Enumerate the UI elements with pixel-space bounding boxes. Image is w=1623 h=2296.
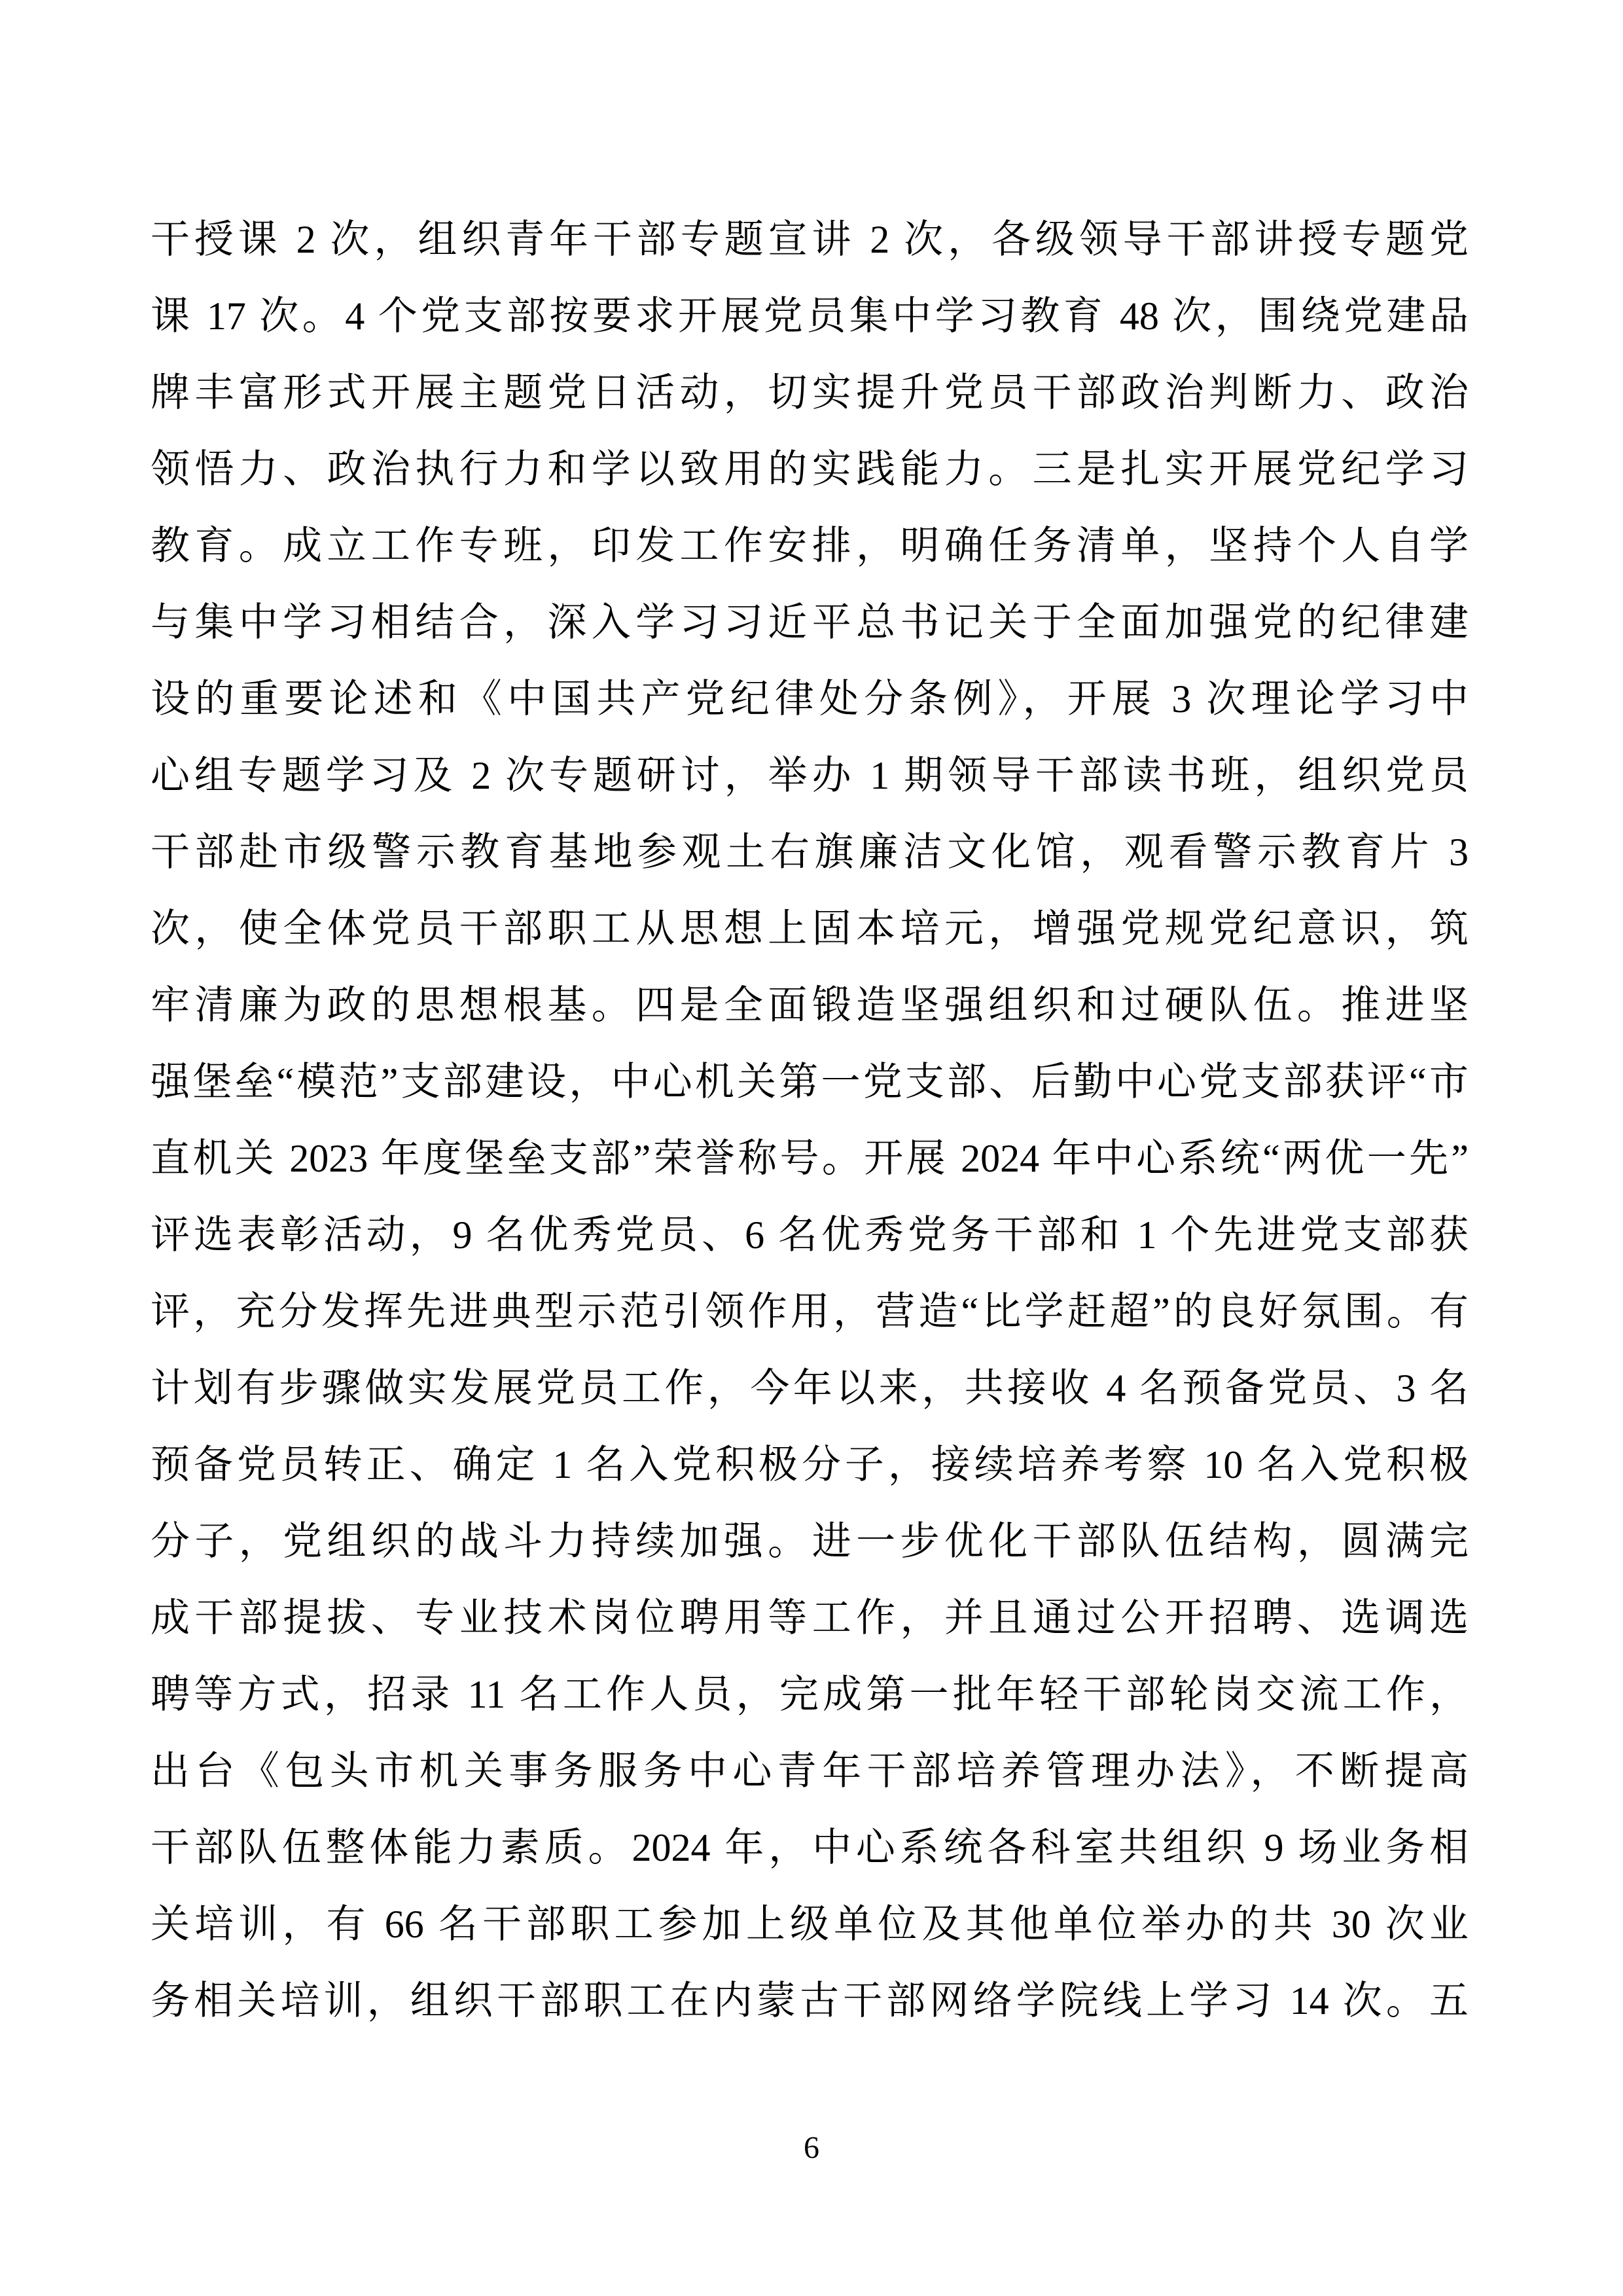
body-line: 干部赴市级警示教育基地参观土右旗廉洁文化馆，观看警示教育片 3 [151,814,1469,891]
document-page: 干授课 2 次，组织青年干部专题宣讲 2 次，各级领导干部讲授专题党 课 17 … [0,0,1623,2296]
body-line: 直机关 2023 年度堡垒支部”荣誉称号。开展 2024 年中心系统“两优一先” [151,1121,1469,1197]
body-text-block: 干授课 2 次，组织青年干部专题宣讲 2 次，各级领导干部讲授专题党 课 17 … [151,202,1469,2039]
body-line: 关培训，有 66 名干部职工参加上级单位及其他单位举办的共 30 次业 [151,1886,1469,1963]
body-line: 次，使全体党员干部职工从思想上固本培元，增强党规党纪意识，筑 [151,891,1469,967]
body-line: 设的重要论述和《中国共产党纪律处分条例》，开展 3 次理论学习中 [151,661,1469,738]
body-line: 牌丰富形式开展主题党日活动，切实提升党员干部政治判断力、政治 [151,355,1469,431]
body-line: 务相关培训，组织干部职工在内蒙古干部网络学院线上学习 14 次。五 [151,1963,1469,2039]
body-line: 聘等方式，招录 11 名工作人员，完成第一批年轻干部轮岗交流工作， [151,1657,1469,1733]
body-line: 成干部提拔、专业技术岗位聘用等工作，并且通过公开招聘、选调选 [151,1580,1469,1657]
body-line: 教育。成立工作专班，印发工作安排，明确任务清单，坚持个人自学 [151,508,1469,584]
body-line: 干部队伍整体能力素质。2024 年，中心系统各科室共组织 9 场业务相 [151,1810,1469,1886]
body-line: 分子，党组织的战斗力持续加强。进一步优化干部队伍结构，圆满完 [151,1503,1469,1580]
body-line: 强堡垒“模范”支部建设，中心机关第一党支部、后勤中心党支部获评“市 [151,1044,1469,1121]
page-number: 6 [804,2130,819,2165]
body-line: 领悟力、政治执行力和学以致用的实践能力。三是扎实开展党纪学习 [151,431,1469,508]
body-line: 牢清廉为政的思想根基。四是全面锻造坚强组织和过硬队伍。推进坚 [151,967,1469,1044]
body-line: 与集中学习相结合，深入学习习近平总书记关于全面加强党的纪律建 [151,584,1469,661]
page-footer: 6 [0,2128,1623,2168]
body-line: 计划有步骤做实发展党员工作，今年以来，共接收 4 名预备党员、3 名 [151,1350,1469,1427]
body-line: 预备党员转正、确定 1 名入党积极分子，接续培养考察 10 名入党积极 [151,1427,1469,1503]
body-line: 评选表彰活动，9 名优秀党员、6 名优秀党务干部和 1 个先进党支部获 [151,1197,1469,1274]
body-line: 干授课 2 次，组织青年干部专题宣讲 2 次，各级领导干部讲授专题党 [151,202,1469,278]
body-line: 课 17 次。4 个党支部按要求开展党员集中学习教育 48 次，围绕党建品 [151,278,1469,355]
body-line: 出台《包头市机关事务服务中心青年干部培养管理办法》，不断提高 [151,1733,1469,1810]
body-line: 心组专题学习及 2 次专题研讨，举办 1 期领导干部读书班，组织党员 [151,738,1469,814]
body-line: 评，充分发挥先进典型示范引领作用，营造“比学赶超”的良好氛围。有 [151,1274,1469,1350]
